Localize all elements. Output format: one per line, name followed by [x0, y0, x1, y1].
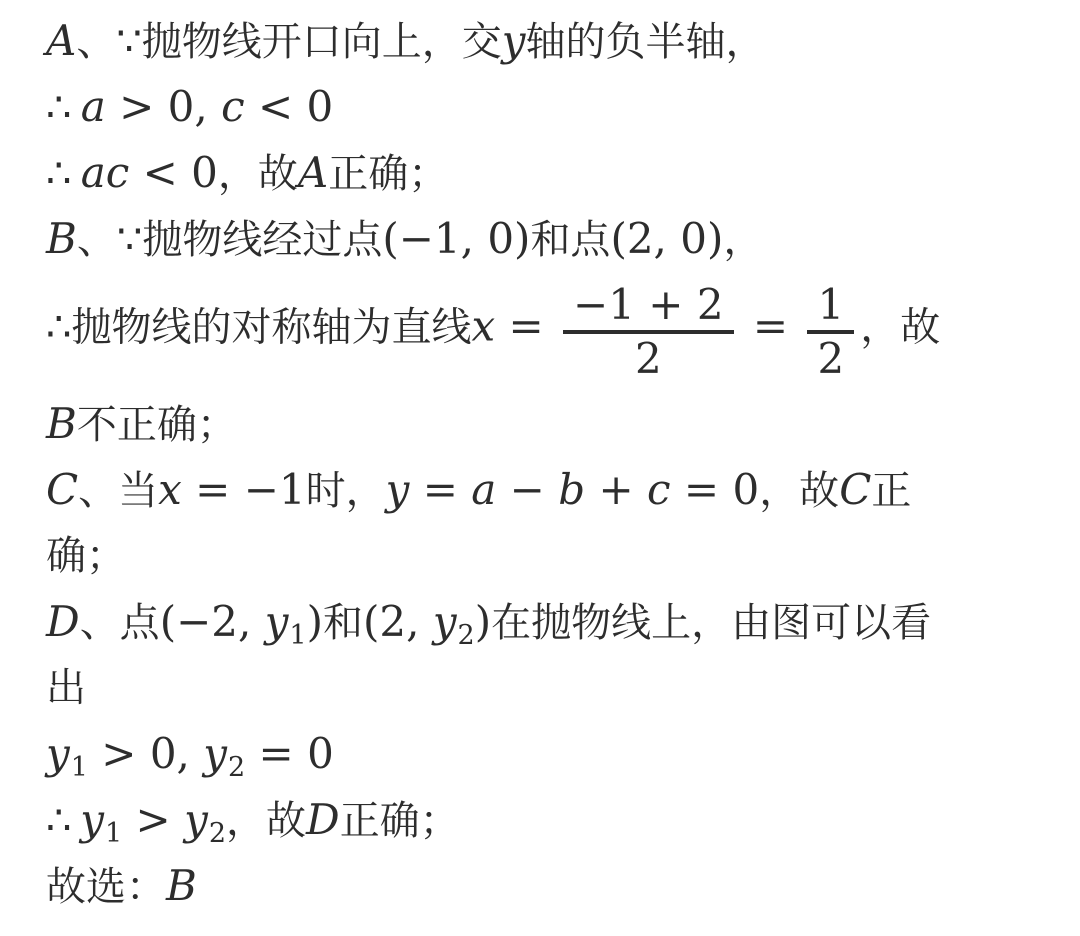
logic-symbol: ∵	[116, 19, 141, 65]
math-number: +	[585, 465, 647, 514]
text-segment: 、	[76, 20, 116, 64]
math-subscripted-variable: y1	[265, 600, 307, 645]
fraction-denominator: 2	[807, 330, 854, 384]
math-variable: A	[298, 148, 328, 197]
fraction-numerator: 1	[807, 280, 854, 330]
fraction: 12	[807, 280, 854, 383]
solution-line: C、当x = −1时，y = a − b + c = 0，故C正	[46, 457, 1060, 523]
math-variable: y	[80, 795, 104, 844]
solution-line: ∴抛物线的对称轴为直线x = −1 + 22 = 12，故	[46, 272, 1060, 391]
math-number: >	[122, 795, 184, 844]
fraction: −1 + 22	[563, 280, 734, 383]
math-subscripted-variable: y1	[46, 732, 88, 777]
text-segment: 出	[46, 666, 86, 710]
math-subscripted-variable: y2	[433, 600, 475, 645]
text-segment: 、当	[78, 469, 158, 513]
text-segment: 和点	[530, 218, 610, 262]
subscript: 1	[289, 620, 306, 651]
math-number: =	[409, 465, 471, 514]
solution-text: A、∵抛物线开口向上，交y轴的负半轴，∴a > 0, c < 0∴ac < 0，…	[0, 0, 1080, 919]
solution-line: ∴y1 > y2，故D正确；	[46, 787, 1060, 853]
math-variable: C	[839, 465, 871, 514]
subscript: 1	[105, 818, 122, 849]
solution-line: ∴a > 0, c < 0	[46, 74, 1060, 140]
math-variable: y	[203, 729, 227, 778]
math-number: (−1, 0)	[382, 214, 530, 263]
math-number: (2, 0)	[610, 214, 723, 263]
math-variable: y	[386, 465, 410, 514]
math-variable: B	[166, 861, 197, 910]
text-segment: 抛物线开口向上，交	[142, 20, 502, 64]
subscript: 2	[228, 752, 245, 783]
solution-line: D、点(−2, y1)和(2, y2)在抛物线上，由图可以看	[46, 589, 1060, 655]
text-segment: ，故	[226, 799, 306, 843]
logic-symbol: ∵	[117, 217, 142, 263]
solution-line: y1 > 0, y2 = 0	[46, 721, 1060, 787]
math-variable: x	[471, 302, 495, 351]
math-variable: D	[306, 795, 340, 844]
logic-symbol: ∴	[46, 305, 71, 351]
math-number: (2,	[363, 597, 433, 646]
solution-line: 确；	[46, 523, 1060, 589]
fraction-denominator: 2	[563, 330, 734, 384]
math-number: (−2,	[160, 597, 265, 646]
logic-symbol: ∴	[46, 151, 71, 197]
math-number: < 0	[129, 148, 218, 197]
math-number: )	[475, 597, 491, 646]
text-segment: 、点	[80, 601, 160, 645]
math-number: −	[496, 465, 558, 514]
text-segment: 在抛物线上，由图可以看	[491, 601, 931, 645]
math-number: > 0,	[106, 82, 221, 131]
math-variable: c	[647, 465, 671, 514]
math-variable: D	[46, 597, 80, 646]
subscript: 1	[71, 752, 88, 783]
math-variable: ac	[81, 148, 130, 197]
math-variable: B	[46, 399, 77, 448]
math-variable: A	[46, 16, 76, 65]
math-variable: b	[558, 465, 585, 514]
text-segment: ，故	[218, 152, 298, 196]
math-number: = 0	[671, 465, 760, 514]
math-variable: x	[158, 465, 182, 514]
math-variable: y	[46, 729, 70, 778]
text-segment: 正	[871, 469, 911, 513]
text-segment: 抛物线经过点	[142, 218, 382, 262]
math-variable: y	[184, 795, 208, 844]
math-variable: c	[221, 82, 245, 131]
solution-line: B不正确；	[46, 391, 1060, 457]
math-number: )	[307, 597, 323, 646]
text-segment: 抛物线的对称轴为直线	[71, 306, 471, 350]
text-segment: 故选：	[46, 865, 166, 909]
text-segment: 正确；	[328, 152, 448, 196]
logic-symbol: ∴	[46, 85, 71, 131]
solution-line: ∴ac < 0，故A正确；	[46, 140, 1060, 206]
text-segment: 和	[323, 601, 363, 645]
math-number: = −1	[182, 465, 306, 514]
math-variable: a	[471, 465, 496, 514]
text-segment: ，故	[759, 469, 839, 513]
math-number: > 0,	[88, 729, 203, 778]
solution-line: 故选：B	[46, 853, 1060, 919]
math-number: =	[740, 302, 802, 351]
solution-line: A、∵抛物线开口向上，交y轴的负半轴，	[46, 8, 1060, 74]
fraction-numerator: −1 + 2	[563, 280, 734, 330]
math-subscripted-variable: y1	[80, 798, 122, 843]
text-segment: 确；	[46, 534, 126, 578]
text-segment: 时，	[306, 469, 386, 513]
text-segment: 正确；	[340, 799, 460, 843]
math-variable: y	[502, 16, 526, 65]
math-variable: y	[265, 597, 289, 646]
text-segment: ，	[723, 218, 763, 262]
text-segment: 、	[77, 218, 117, 262]
math-variable: C	[46, 465, 78, 514]
subscript: 2	[458, 620, 475, 651]
math-number: = 0	[245, 729, 334, 778]
logic-symbol: ∴	[46, 798, 71, 844]
subscript: 2	[209, 818, 226, 849]
text-segment: 轴的负半轴，	[526, 20, 766, 64]
math-number: =	[495, 302, 557, 351]
solution-line: 出	[46, 655, 1060, 721]
math-number: < 0	[245, 82, 334, 131]
solution-line: B、∵抛物线经过点(−1, 0)和点(2, 0)，	[46, 206, 1060, 272]
text-segment: 不正确；	[77, 403, 237, 447]
math-variable: a	[81, 82, 106, 131]
math-subscripted-variable: y2	[184, 798, 226, 843]
text-segment: ，故	[860, 306, 940, 350]
math-variable: B	[46, 214, 77, 263]
math-subscripted-variable: y2	[203, 732, 245, 777]
math-variable: y	[433, 597, 457, 646]
